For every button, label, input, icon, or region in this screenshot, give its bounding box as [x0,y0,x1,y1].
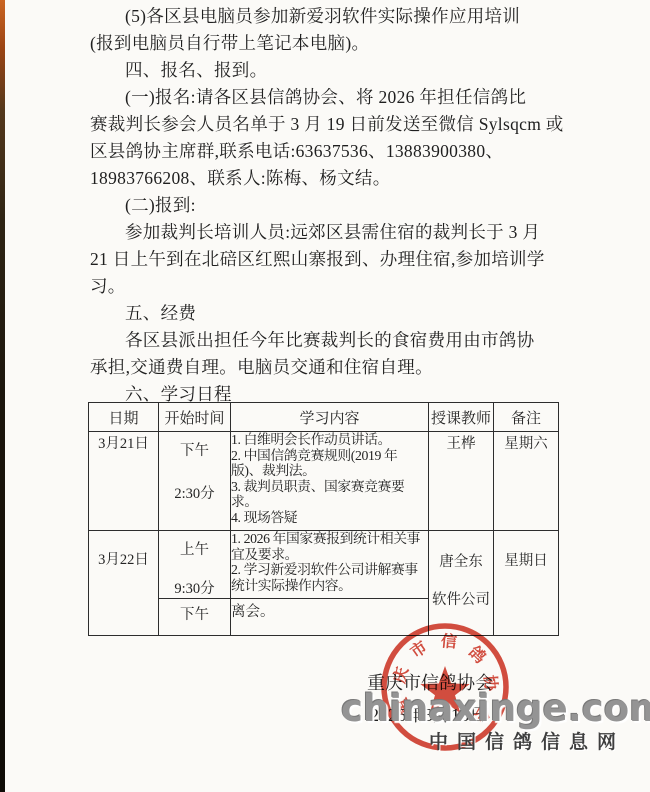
schedule-table: 日期 开始时间 学习内容 授课教师 备注 3月21日 下午 2:30分 1. 白… [88,402,559,636]
document-line: 区县鸽协主席群,联系电话:63637536、13883900380、 [90,138,564,165]
svg-text:鸽: 鸽 [465,642,490,667]
cell-content: 1. 白维明会长作动员讲话。 2. 中国信鸽竞赛规则(2019 年版)、裁判法。… [231,432,429,531]
svg-text:庆: 庆 [389,665,411,685]
document-line: 参加裁判长培训人员:远郊区县需住宿的裁判长于 3 月 [90,219,564,246]
time-clock: 9:30分 [159,577,230,598]
document-line: 18983766208、联系人:陈梅、杨文结。 [90,165,564,192]
document-line: 赛裁判长参会人员名单于 3 月 19 日前发送至微信 Sylsqcm 或 [90,111,564,138]
content-item: 3. 裁判员职责、国家赛竞赛要求。 [231,479,428,510]
time-period: 上午 [159,531,230,559]
document-line: 承担,交通费自理。电脑员交通和住宿自理。 [90,354,564,381]
content-item: 1. 白维明会长作动员讲话。 [231,432,428,448]
section-heading-5: 五、经费 [90,300,564,327]
scan-edge-strip [0,0,5,792]
content-item: 2. 学习新爱羽软件公司讲解赛事统计实际操作内容。 [231,562,428,593]
header-content: 学习内容 [231,403,429,432]
header-teacher: 授课教师 [429,403,494,432]
content-item: 4. 现场答疑 [231,510,428,526]
table-row: 3月21日 下午 2:30分 1. 白维明会长作动员讲话。 2. 中国信鸽竞赛规… [89,432,559,531]
content-item: 2. 中国信鸽竞赛规则(2019 年版)、裁判法。 [231,448,428,479]
cell-teacher: 王桦 [429,432,494,531]
time-period: 下午 [159,432,230,460]
time-clock: 2:30分 [159,482,230,503]
document-line: 各区县派出担任今年比赛裁判长的食宿费用由市鸽协 [90,327,564,354]
cell-date: 3月21日 [89,432,159,531]
svg-text:市: 市 [407,637,431,662]
cell-start-time: 下午 2:30分 [159,432,231,531]
document-line: (一)报名:请各区县信鸽协会、将 2026 年担任信鸽比 [90,84,564,111]
document-line: (5)各区县电脑员参加新爱羽软件实际操作应用培训 [90,3,564,30]
teacher-name: 唐全东 [429,550,493,571]
document-line: 21 日上午到在北碚区红熙山寨报到、办理住宿,参加培训学 [90,246,564,273]
time-period: 下午 [159,599,230,624]
watermark-name-text: 中国信鸽信息网 [429,727,625,754]
watermark-site-text: chinaxinge.com [341,687,650,730]
document-line: (二)报到: [90,192,564,219]
table-row: 3月22日 上午 9:30分 1. 2026 年国家赛报到统计相关事宜及要求。 … [89,531,559,599]
teacher-company: 软件公司 [429,588,493,609]
content-item: 1. 2026 年国家赛报到统计相关事宜及要求。 [231,531,428,562]
cell-note: 星期六 [494,432,559,531]
svg-text:信: 信 [440,631,458,651]
cell-date: 3月22日 [89,531,159,636]
cell-start-time: 下午 [159,599,231,636]
section-heading-4: 四、报名、报到。 [90,57,564,84]
cell-content: 1. 2026 年国家赛报到统计相关事宜及要求。 2. 学习新爱羽软件公司讲解赛… [231,531,429,599]
document-line: (报到电脑员自行带上笔记本电脑)。 [90,30,564,57]
document-line: 习。 [90,273,564,300]
cell-start-time: 上午 9:30分 [159,531,231,599]
header-note: 备注 [494,403,559,432]
scanned-document-page: (5)各区县电脑员参加新爱羽软件实际操作应用培训 (报到电脑员自行带上笔记本电脑… [0,0,650,792]
header-start-time: 开始时间 [159,403,231,432]
